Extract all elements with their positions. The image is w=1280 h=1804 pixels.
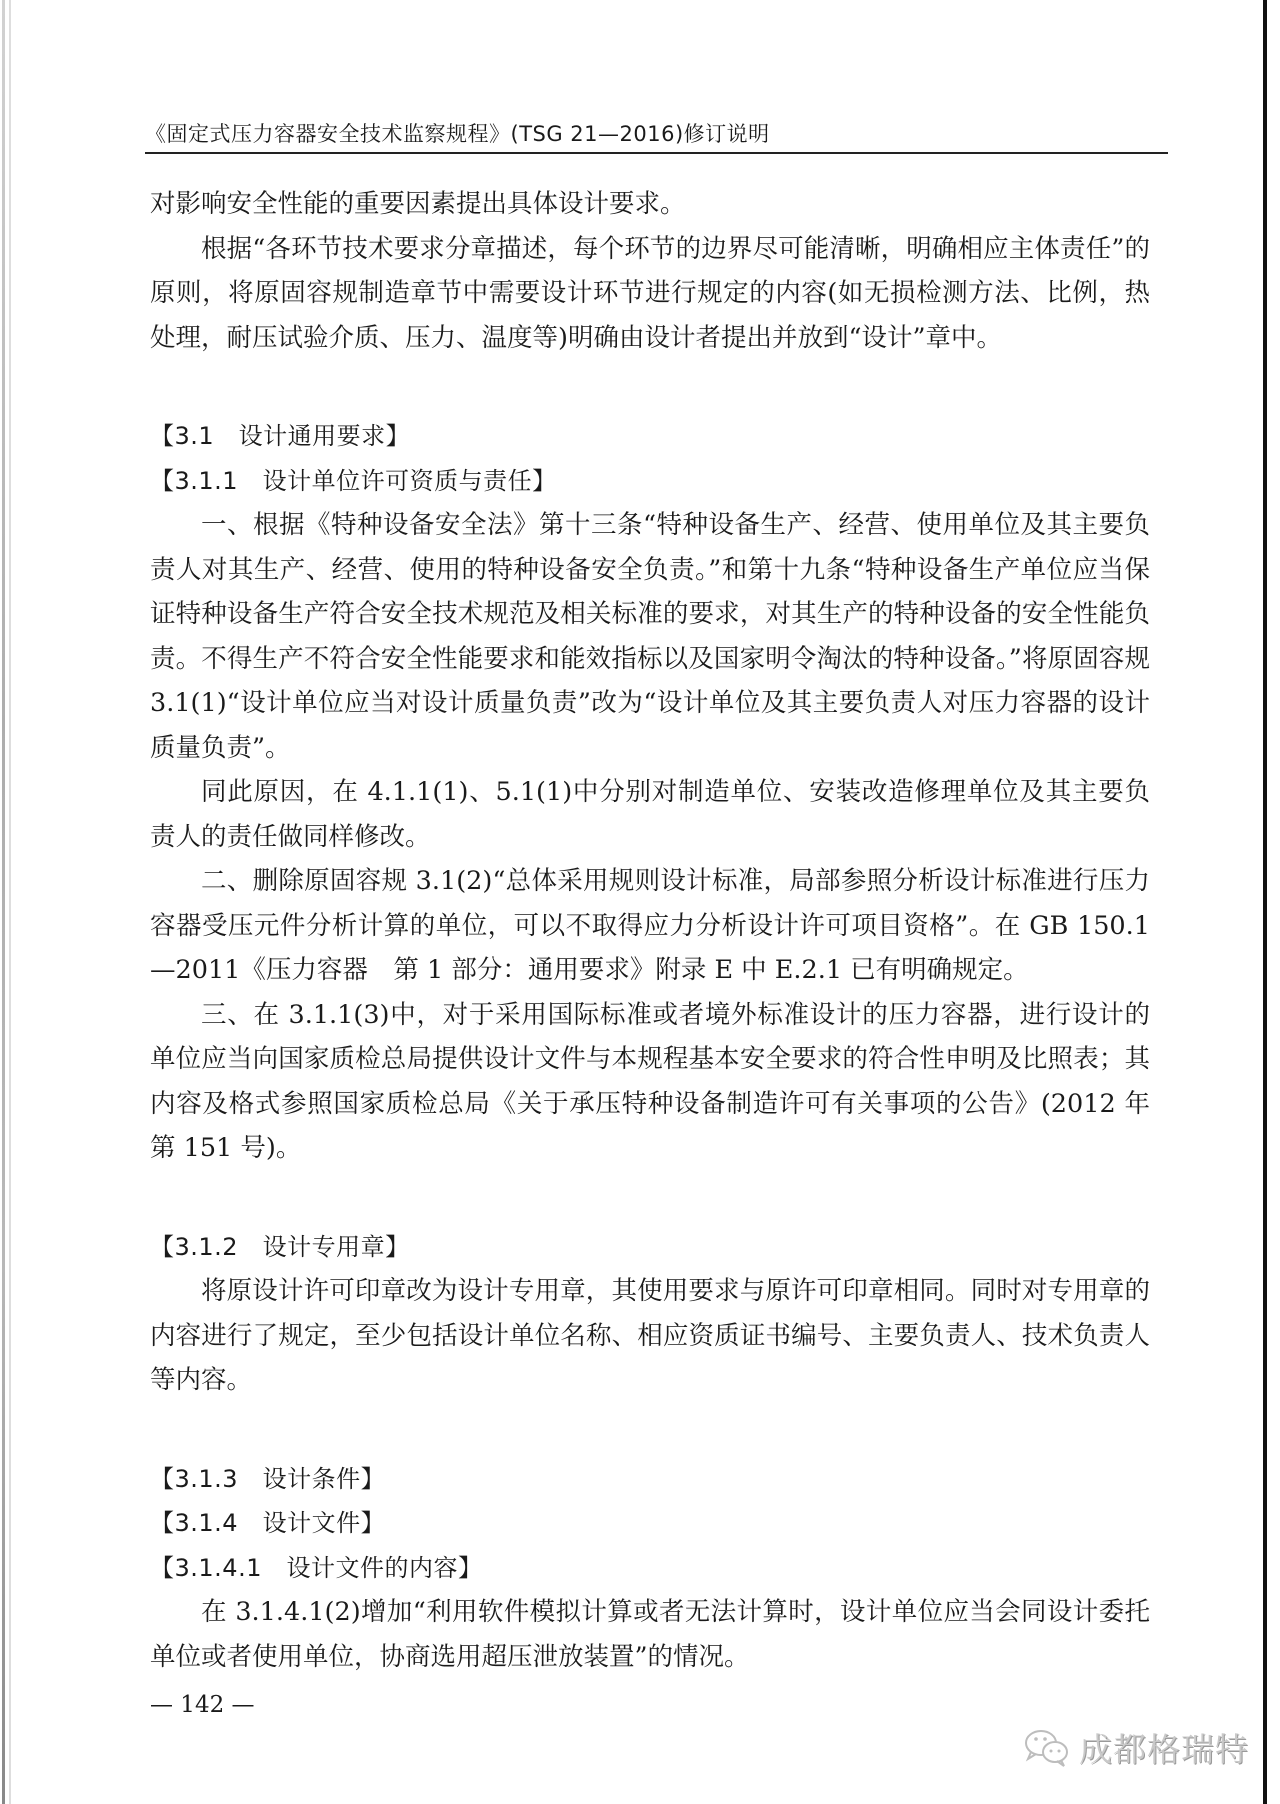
header-rule xyxy=(145,152,1168,154)
page-number: — 142 — xyxy=(150,1692,255,1718)
watermark-text: 成都格瑞特 xyxy=(1079,1724,1249,1771)
section-heading: 【3.1.4.1 设计文件的内容】 xyxy=(150,1546,1150,1591)
paragraph: 根据“各环节技术要求分章描述，每个环节的边界尽可能清晰，明确相应主体责任”的原则… xyxy=(150,227,1150,361)
section-gap xyxy=(150,360,1150,414)
paragraph: 二、删除原固容规 3.1(2)“总体采用规则设计标准，局部参照分析设计标准进行压… xyxy=(150,859,1150,993)
section-heading: 【3.1.3 设计条件】 xyxy=(150,1457,1150,1502)
section-heading: 【3.1 设计通用要求】 xyxy=(150,414,1150,459)
section-heading: 【3.1.4 设计文件】 xyxy=(150,1501,1150,1546)
scan-edge-right xyxy=(1263,0,1267,1804)
section-heading: 【3.1.1 设计单位许可资质与责任】 xyxy=(150,459,1150,504)
paragraph: 同此原因，在 4.1.1(1)、5.1(1)中分别对制造单位、安装改造修理单位及… xyxy=(150,770,1150,859)
page-body: 对影响安全性能的重要因素提出具体设计要求。根据“各环节技术要求分章描述，每个环节… xyxy=(150,182,1150,1679)
paragraph: 一、根据《特种设备安全法》第十三条“特种设备生产、经营、使用单位及其主要负责人对… xyxy=(150,503,1150,770)
paragraph: 将原设计许可印章改为设计专用章，其使用要求与原许可印章相同。同时对专用章的内容进… xyxy=(150,1269,1150,1403)
paragraph: 三、在 3.1.1(3)中，对于采用国际标准或者境外标准设计的压力容器，进行设计… xyxy=(150,993,1150,1171)
wechat-icon xyxy=(1023,1728,1071,1768)
paragraph: 对影响安全性能的重要因素提出具体设计要求。 xyxy=(150,182,1150,227)
section-heading: 【3.1.2 设计专用章】 xyxy=(150,1225,1150,1270)
scan-edge-left xyxy=(2,0,5,1804)
paragraph: 在 3.1.4.1(2)增加“利用软件模拟计算或者无法计算时，设计单位应当会同设… xyxy=(150,1590,1150,1679)
scan-edge-left-inner xyxy=(9,0,11,1804)
running-header: 《固定式压力容器安全技术监察规程》(TSG 21—2016)修订说明 xyxy=(145,118,770,148)
section-gap xyxy=(150,1403,1150,1457)
watermark: 成都格瑞特 xyxy=(1023,1724,1249,1771)
section-gap xyxy=(150,1171,1150,1225)
